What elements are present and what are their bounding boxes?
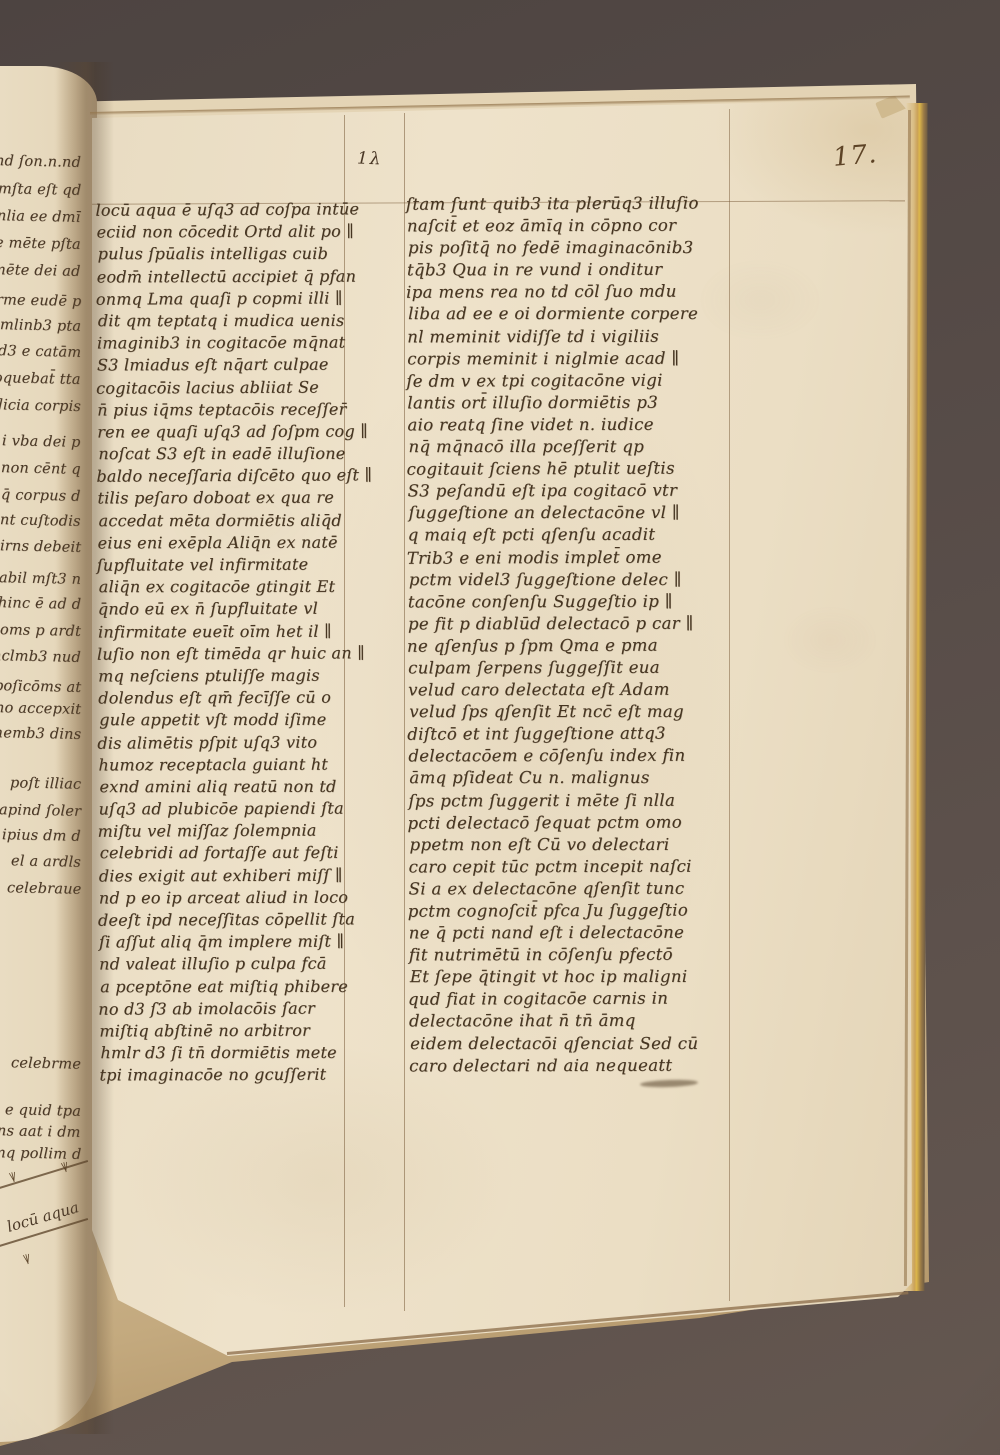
text-line: qud fiat in cogitacōe carnis in (408, 989, 738, 1013)
facing-page-line-fragment: ns aat i dm (0, 1123, 81, 1141)
text-line: culpam ſerpens ſuggeſſit eua (408, 658, 738, 681)
facing-page-line-fragment: celebrme (11, 1055, 81, 1072)
text-line: baldo neceſſaria diſcēto quo eſt ∥ (96, 466, 358, 490)
facing-page-line-fragment: non cēnt q (1, 460, 81, 478)
text-line: a pceptōne eat miſtiq phibere (100, 976, 362, 999)
text-line: nd valeat illuſio p culpa fcā (99, 954, 361, 977)
text-line: deeſt ipd neceſſitas cōpellit ſta (98, 909, 360, 933)
text-line: ſuggeſtione an delectacōne vl ∥ (409, 503, 739, 525)
text-line: cogitauit ſciens hē ptulit ueſtis (407, 458, 737, 482)
text-line: delectacōem e cōſenſu index fin (408, 746, 738, 769)
text-line: cogitacōis lacius abliiat Se (96, 377, 358, 401)
text-line: hmlr d3 ſi tn̄ dormiētis mete (100, 1043, 362, 1066)
text-line: eius eni exēpla Aliq̄n ex natē (98, 532, 360, 555)
text-line: ſtam ſunt quib3 ita plerūq3 illuſio (406, 193, 736, 217)
text-line: āmq pſideat Cu n. malignus (409, 768, 739, 790)
text-line: tacōne conſenſu Suggeſtio ip ∥ (408, 591, 738, 614)
facing-page-line-fragment: apind ſoler (0, 802, 81, 820)
facing-page-line-fragment: e mēte pſta (0, 235, 81, 253)
text-line: Si a ex delectacōne qſenſit tunc (409, 878, 739, 901)
text-line: pis poſitq̄ no fedē imaginacōnib3 (408, 238, 738, 260)
facing-page-line-fragment: el a ardls (11, 853, 81, 870)
facing-page-line-fragment: abil mſt3 n (0, 570, 81, 588)
manuscript-page: 1λ 17. locū aqua ē uſq3 ad coſpa intūeec… (0, 0, 1000, 1455)
ruling-line-intercolumn-2 (404, 113, 405, 1311)
text-line: eidem delectacōi qſenciat Sed cū (410, 1033, 740, 1055)
facing-page-line-fragment: mēte dei ad (0, 262, 81, 280)
text-line: dis alimētis pſpit uſq3 vito (97, 732, 359, 756)
text-line: velud caro delectata eſt Adam (408, 680, 738, 703)
text-column-right: ſtam ſunt quib3 ita plerūq3 illuſionaſci… (407, 194, 739, 1079)
facing-page-line-fragment: lhemb3 dins (0, 725, 81, 743)
text-line: q̄ndo eū ex n̄ ſupfluitate vl (98, 599, 360, 622)
text-line: S3 lmiadus eſt nq̄art culpae (97, 355, 359, 378)
text-line: fit nutrimētū in cōſenſu pfectō (409, 945, 739, 968)
facing-page-line-fragment: loquebat̄ tta (0, 370, 81, 388)
quire-mark: 1λ (357, 149, 383, 170)
text-line: ipa mens rea no td cōl ſuo mdu (406, 282, 736, 306)
facing-page-line-fragment: tirns debeit (0, 538, 81, 556)
text-line: q maiq eſt pcti qſenſu acadit (408, 525, 738, 548)
facing-page-line-fragment: q̄ corpus d (1, 487, 81, 505)
text-line: n̄ pius iq̄ms teptacōis receſſer̄ (97, 399, 359, 422)
text-line: caro cepit tūc pctm incepit naſci (409, 856, 739, 879)
text-line: uſq3 ad plubicōe papiendi ſta (99, 799, 361, 822)
text-line: diſtcō et int ſuggeſtione attq3 (407, 724, 737, 748)
text-line: tilis peſaro doboat ex qua re (97, 488, 359, 511)
ink-smudge (640, 1079, 698, 1088)
text-line: locū aqua ē uſq3 ad coſpa intūe (95, 199, 357, 223)
facing-page-line-fragment: nt cuſtodis (0, 512, 81, 530)
pen-trial-sprig: \|/ (61, 1162, 68, 1174)
text-line: dolendus eſt qm̄ fecīſſe cū o (98, 688, 360, 711)
facing-page-line-fragment: poſicōms at (0, 678, 81, 696)
pen-trial-sprig: \|/ (23, 1254, 30, 1266)
text-line: Et ſepe q̄tingit vt hoc ip maligni (410, 967, 740, 989)
text-line: mq neſciens ptuliſſe magis (98, 665, 360, 688)
text-line: Trib3 e eni modis implet̄ ome (407, 547, 737, 571)
text-line: onmq Lma quaſi p copmi illi ∥ (96, 288, 358, 312)
text-column-left: locū aqua ē uſq3 ad coſpa intūeeciid non… (96, 200, 361, 1088)
text-line: nd p eo ip arceat aliud in loco (99, 887, 361, 910)
text-line: humoz receptacla guiant ht (98, 754, 360, 777)
text-line: ſi aſſut aliq q̄m implere miſt ∥ (99, 932, 361, 955)
text-line: eodm̄ intellectū accipiet q̄ pfan (97, 266, 359, 289)
text-line: celebridi ad fortaſſe aut feſti (100, 843, 362, 866)
text-line: no d3 ſ3 ab imolacōis ſacr (98, 998, 360, 1022)
text-line: dit qm teptatq i mudica uenis (98, 311, 360, 334)
facing-page-line-fragment: mq pollim d (0, 1145, 81, 1163)
facing-page-line-fragment: nlia ee dmī (0, 208, 81, 226)
facing-page-line-fragment: ipius dm d (2, 827, 81, 845)
text-line: miſtiq abſtinē no arbitror (99, 1020, 361, 1043)
text-line: luſio non eſt timēda qr huic an ∥ (97, 643, 359, 667)
text-line: pe fit p diablūd delectacō p car ∥ (408, 613, 738, 636)
facing-page-line-fragment: nclmb3 nud (0, 648, 81, 666)
text-line: delectacōne ihat n̄ tn̄ āmq (409, 1011, 739, 1034)
text-line: ſps pctm ſuggerit i mēte ſi nlla (408, 790, 738, 813)
text-line: ſe dm v ex tpi cogitacōne vigi (406, 370, 736, 394)
text-line: liba ad ee e oi dormiente corpere (408, 304, 738, 326)
text-line: accedat mēta dormiētis aliq̄d (99, 510, 361, 533)
text-line: dies exigit aut exhiberi miſſ ∥ (99, 865, 361, 888)
facing-page-line-fragment: orme eudē p (0, 292, 81, 310)
pen-trial-sprig: \|/ (9, 1172, 16, 1184)
text-line: imaginib3 in cogitacōe mq̄nat (97, 333, 359, 356)
text-line: ne qſenſus p ſpm Qma e pma (407, 635, 737, 659)
manuscript-photo: nd ſon.n.ndmſta eſt qdnlia ee dmīe mēte … (0, 0, 1000, 1455)
facing-page-line-fragment: ndicia corpis (0, 397, 81, 415)
text-line: pctm cognoſcit̄ pfca Ju ſuggeſtio (408, 900, 738, 924)
facing-page-line-fragment: nd ſon.n.nd (0, 153, 81, 171)
text-line: nl meminit vidiſſe td i vigiliis (407, 326, 737, 349)
text-line: noſcat S3 eſt in eadē illuſione (98, 444, 360, 467)
text-line: pulus ſpūalis intelligas cuib (98, 244, 360, 267)
facing-page: nd ſon.n.ndmſta eſt qdnlia ee dmīe mēte … (0, 66, 97, 1442)
text-line: nq̄ mq̄nacō illa pceſſerit qp (409, 437, 739, 459)
text-line: lantis ort̄ illuſio dormiētis p3 (407, 392, 737, 415)
catchword: locū aqua (5, 1198, 81, 1236)
text-line: S3 peſandū eſt ipa cogitacō vtr (408, 481, 738, 504)
text-line: pcti delectacō ſequat pctm omo (407, 812, 737, 836)
text-line: caro delectari nd aia nequeatt (409, 1055, 739, 1078)
text-line: gule appetit vſt modd iſime (99, 710, 361, 733)
text-line: eciid non cōcedit Ortd alit po ∥ (97, 222, 359, 245)
text-line: velud ſps qſenſit Et ncc̄ eſt mag (409, 702, 739, 724)
text-line: ren ee quaſi uſq3 ad ſoſpm cog ∥ (97, 421, 359, 444)
facing-page-line-fragment: i vba dei p (2, 433, 81, 451)
facing-page-line-fragment: d3 e catām (0, 343, 81, 361)
facing-page-line-fragment: celebraue (6, 880, 81, 898)
facing-page-line-fragment: oms p ardt (0, 622, 81, 640)
facing-page-line-fragment: mſta eſt qd (0, 181, 81, 199)
text-line: ſupfluitate vel infirmitate (97, 554, 359, 578)
text-line: exnd amini aliq reatū non td (99, 777, 361, 800)
text-line: pctm videl3 ſuggeſtione delec ∥ (409, 570, 739, 592)
facing-page-line-fragment: hinc ē ad d (0, 595, 81, 613)
text-line: naſcit̄ et eoz āmīq in cōpno cor (407, 216, 737, 239)
text-line: corpis meminit i niglmie acad ∥ (407, 348, 737, 371)
text-line: tpi imaginacōe no gcuſſerit (99, 1065, 361, 1088)
text-line: aio reatq ſine videt n. iudice (407, 415, 737, 438)
folio-number: 17. (832, 139, 879, 173)
facing-page-line-fragment: poſt illiac (9, 775, 81, 792)
text-line: tq̄b3 Qua in re vund i onditur (407, 260, 737, 283)
text-line: infirmitate eueīt oīm het il ∥ (98, 621, 360, 644)
facing-page-line-fragment: mlinb3 pta (0, 317, 81, 335)
text-line: ne q̄ pcti nand eſt i delectacōne (409, 923, 739, 946)
text-line: ppetm non eſt Cū vo delectari (410, 835, 740, 857)
text-line: miſtu vel miſſaz ſolempnia (98, 821, 360, 845)
text-line: aliq̄n ex cogitacōe gtingit Et (99, 577, 361, 600)
facing-page-line-fragment: e quid tpa (5, 1102, 81, 1120)
facing-page-line-fragment: no accepxit (0, 700, 81, 718)
